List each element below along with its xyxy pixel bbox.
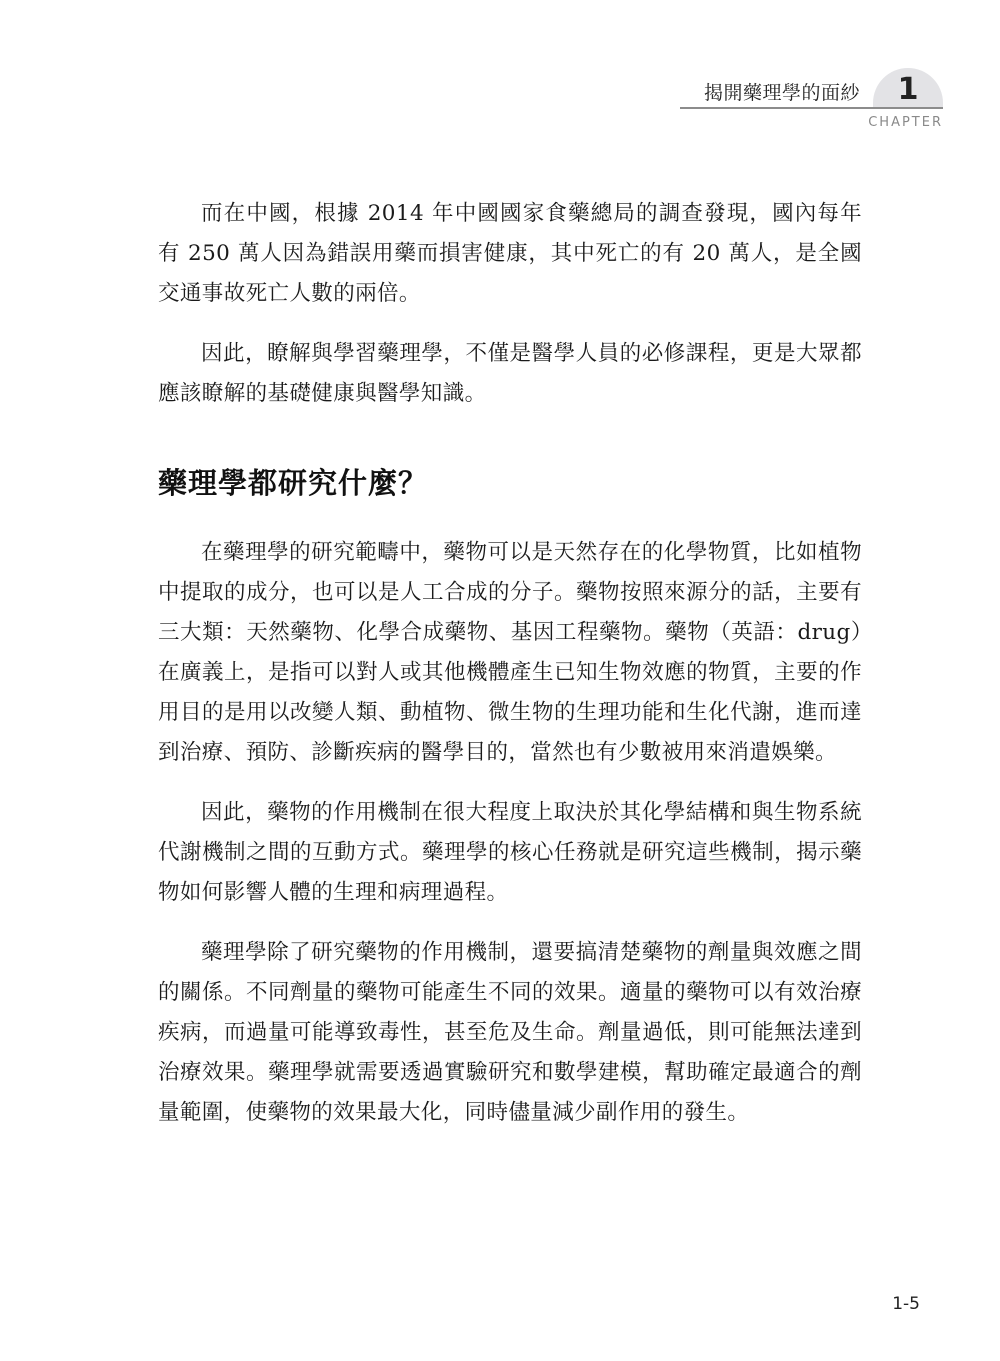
paragraph-section-3: 藥理學除了研究藥物的作用機制，還要搞清楚藥物的劑量與效應之間的關係。不同劑量的藥… [158,933,862,1133]
page-content: 而在中國，根據 2014 年中國國家食藥總局的調查發現，國內每年有 250 萬人… [158,194,862,1153]
page-number: 1-5 [892,1294,920,1314]
paragraph-section-1: 在藥理學的研究範疇中，藥物可以是天然存在的化學物質，比如植物中提取的成分，也可以… [158,533,862,773]
header-divider [680,107,943,109]
paragraph-intro-1: 而在中國，根據 2014 年中國國家食藥總局的調查發現，國內每年有 250 萬人… [158,194,862,314]
chapter-title: 揭開藥理學的面紗 [704,78,860,105]
paragraph-section-2: 因此，藥物的作用機制在很大程度上取決於其化學結構和與生物系統代謝機制之間的互動方… [158,793,862,913]
paragraph-intro-2: 因此，瞭解與學習藥理學，不僅是醫學人員的必修課程，更是大眾都應該瞭解的基礎健康與… [158,334,862,414]
chapter-number: 1 [873,68,943,107]
chapter-label: CHAPTER [868,115,943,130]
running-header: 揭開藥理學的面紗 1 CHAPTER [0,0,1000,140]
section-heading: 藥理學都研究什麼？ [158,463,862,503]
